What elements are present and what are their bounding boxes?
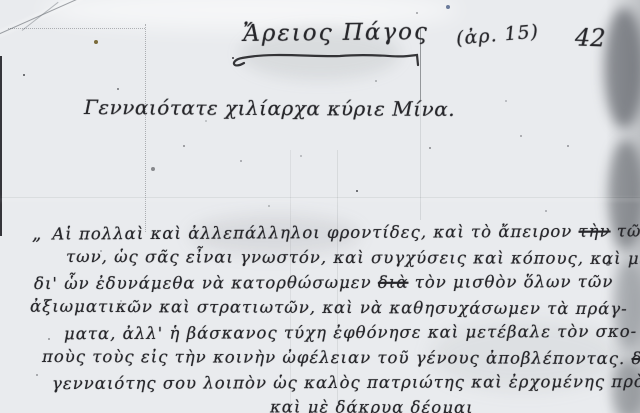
strikethrough-word: διὰ xyxy=(632,349,640,368)
doc-number-annotation: (ἀρ. 15) xyxy=(455,20,540,49)
page-title: Ἄρειος Πάγος xyxy=(243,19,429,47)
line-text: τὸν μισθὸν ὅλων τῶν xyxy=(408,272,613,292)
title-underline-flourish xyxy=(228,48,428,74)
text-line: γενναιότης σου λοιπὸν ὡς καλὸς πατριώτης… xyxy=(52,369,636,396)
salutation: Γενναιότατε χιλίαρχα κύριε Μίνα. xyxy=(84,95,455,121)
corner-crease xyxy=(0,0,82,35)
open-quote-mark: „ xyxy=(32,222,42,247)
strikethrough-word: τὴν xyxy=(578,222,610,241)
body-paragraph: „Αἱ πολλαὶ καὶ ἀλλεπάλληλοι φροντίδες, κ… xyxy=(30,220,636,413)
text-line: δι' ὧν ἐδυνάμεθα νὰ κατορθώσωμεν διὰ τὸν… xyxy=(34,269,636,296)
fold-crease-vertical xyxy=(145,24,147,232)
manuscript-scan-page: Ἄρειος Πάγος (ἀρ. 15) 42 Γενναιότατε χιλ… xyxy=(0,0,640,413)
fold-crease-horizontal xyxy=(8,28,145,30)
ink-specks xyxy=(0,0,2,2)
line-text: ποὺς τοὺς εἰς τὴν κοινὴν ὠφέλειαν τοῦ γέ… xyxy=(42,347,632,368)
line-text: Αἱ πολλαὶ καὶ ἀλλεπάλληλοι φροντίδες, κα… xyxy=(52,222,578,244)
left-edge-line xyxy=(0,56,2,236)
text-line: των, ὡς σᾶς εἶναι γνωστόν, καὶ συγχύσεις… xyxy=(66,244,636,271)
text-line: ματα, ἀλλ' ἡ βάσκανος τύχη ἐφθόνησε καὶ … xyxy=(64,319,636,346)
line-text: δι' ὧν ἐδυνάμεθα νὰ κατορθώσωμεν xyxy=(34,273,378,293)
strikethrough-word: διὰ xyxy=(378,273,409,292)
corner-crease xyxy=(22,2,59,31)
fold-crease-horizontal xyxy=(0,197,640,198)
right-edge-smudge xyxy=(604,8,640,128)
text-line: ποὺς τοὺς εἰς τὴν κοινὴν ὠφέλειαν τοῦ γέ… xyxy=(42,344,636,371)
text-line: ἀξιωματικῶν καὶ στρατιωτῶν, καὶ νὰ καθησ… xyxy=(30,294,636,322)
page-number: 42 xyxy=(575,23,607,52)
line-text: τῶν πραγμά- xyxy=(611,221,640,241)
text-line-clipped: καὶ μὲ δάκρυα δέομαι xyxy=(270,394,636,413)
text-line: „Αἱ πολλαὶ καὶ ἀλλεπάλληλοι φροντίδες, κ… xyxy=(32,218,636,246)
